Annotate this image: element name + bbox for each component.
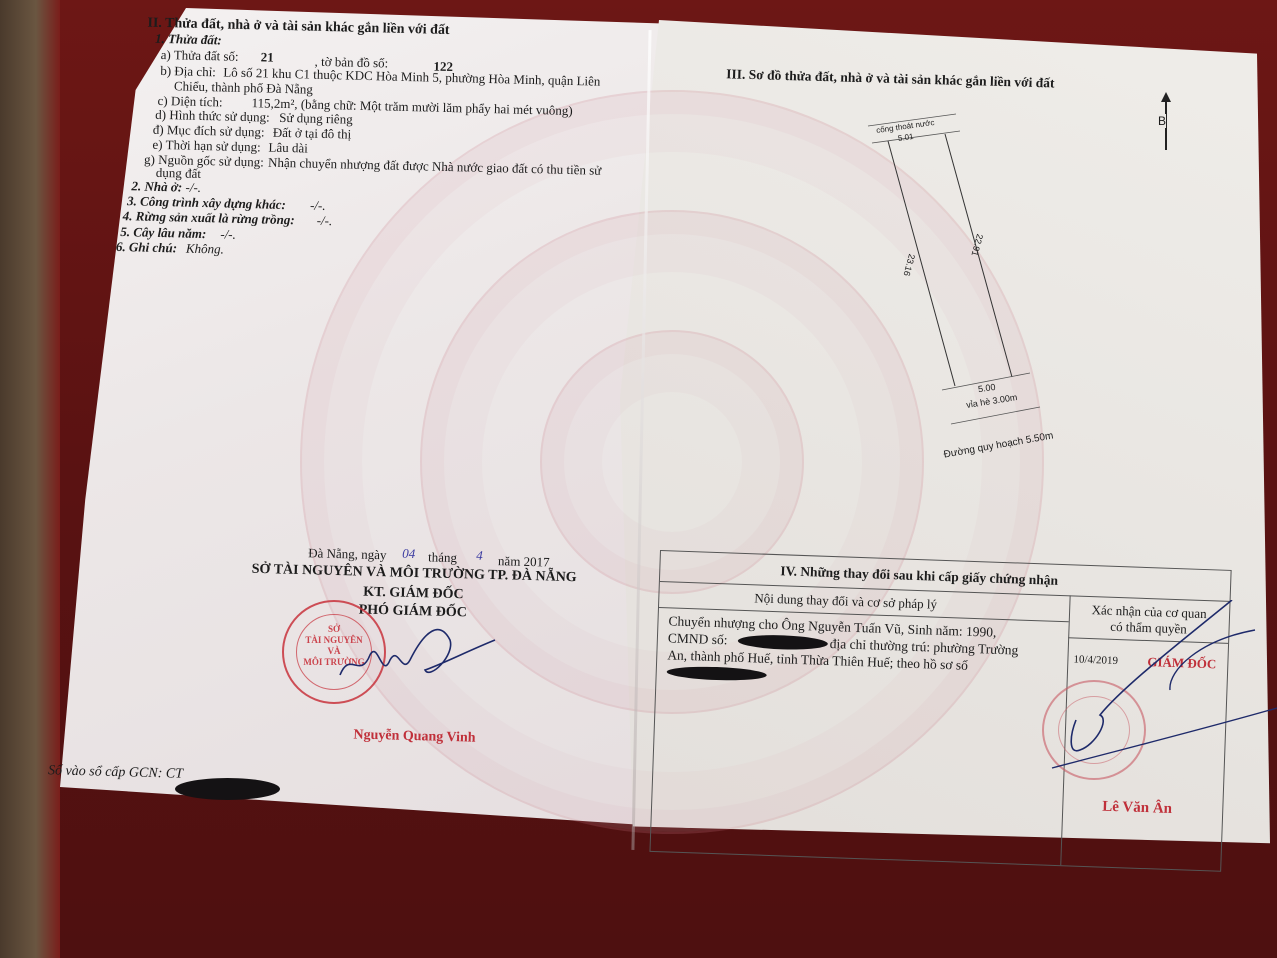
issue-date-prefix: Đà Nẵng, ngày <box>308 545 387 563</box>
issue-month: 4 <box>476 548 483 564</box>
item2-value: -/-. <box>185 180 201 196</box>
redaction-file-number <box>667 665 767 681</box>
item3-value: -/-. <box>310 198 326 214</box>
stamp-center-line-1: SỞ <box>284 624 384 635</box>
item1-heading: 1. Thửa đất: <box>155 31 222 49</box>
official-stamp-left: SỞ TÀI NGUYÊN VÀ MÔI TRƯỜNG <box>282 600 386 704</box>
stamp-center-line-4: MÔI TRƯỜNG <box>284 657 384 668</box>
north-label: B <box>1158 114 1166 128</box>
col-changes-header: Nội dung thay đổi và cơ sở pháp lý <box>754 590 937 612</box>
parcel-diagram <box>850 110 1070 470</box>
section4-heading: IV. Những thay đổi sau khi cấp giấy chứn… <box>780 563 1058 589</box>
stamp-center-line-3: VÀ <box>284 646 384 657</box>
item4-value: -/-. <box>317 213 333 229</box>
parcel-label: a) Thửa đất số: <box>161 47 239 65</box>
change-entry-id-label: CMND số: <box>668 630 728 648</box>
redaction-gcn-number <box>175 778 280 800</box>
col-confirm-header: Xác nhận của cơ quan có thẩm quyền <box>1078 602 1219 639</box>
issue-day: 04 <box>402 546 415 562</box>
land-certificate: II. Thửa đất, nhà ở và tài sản khác gắn … <box>0 0 1277 958</box>
signer-title-1: KT. GIÁM ĐỐC <box>363 585 464 604</box>
changes-table: IV. Những thay đổi sau khi cấp giấy chứn… <box>649 550 1231 872</box>
confirm-title: GIÁM ĐỐC <box>1147 654 1216 672</box>
confirm-signer: Lê Văn Ân <box>1102 799 1172 818</box>
stamp-center-line-2: TÀI NGUYÊN <box>284 635 384 646</box>
item6-value: Không. <box>186 241 224 258</box>
signer-name: Nguyễn Quang Vinh <box>353 727 476 746</box>
confirm-date: 10/4/2019 <box>1073 653 1118 667</box>
parcel-number: 21 <box>260 49 273 65</box>
month-label: tháng <box>428 549 457 566</box>
official-stamp-right <box>1042 680 1146 780</box>
signer-title-2: PHÓ GIÁM ĐỐC <box>358 603 466 622</box>
item5-value: -/-. <box>220 226 236 242</box>
redaction-id-number <box>738 634 828 651</box>
item6-label: 6. Ghi chú: <box>116 239 177 256</box>
